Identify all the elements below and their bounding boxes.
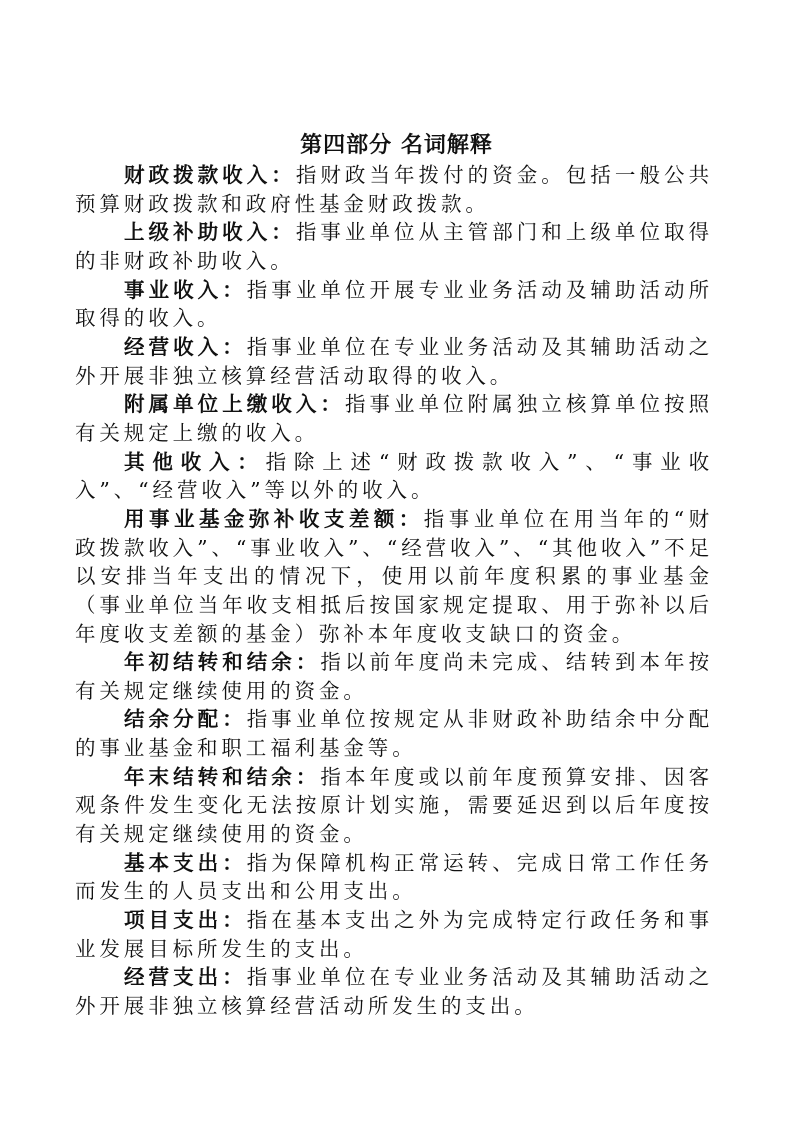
glossary-term: 结余分配：: [124, 707, 247, 731]
page-title: 第四部分 名词解释: [0, 129, 793, 163]
glossary-term: 其他收入：: [124, 450, 266, 474]
glossary-entry: 年末结转和结余：指本年度或以前年度预算安排、因客观条件发生变化无法按原计划实施，…: [75, 763, 713, 849]
glossary-term: 经营收入：: [124, 335, 247, 359]
glossary-body: 财政拨款收入：指财政当年拨付的资金。包括一般公共预算财政拨款和政府性基金财政拨款…: [75, 161, 713, 1021]
glossary-term: 基本支出：: [124, 851, 247, 875]
glossary-entry: 其他收入：指除上述“财政拨款收入”、“事业收入”、“经营收入”等以外的收入。: [75, 448, 713, 505]
glossary-entry: 财政拨款收入：指财政当年拨付的资金。包括一般公共预算财政拨款和政府性基金财政拨款…: [75, 161, 713, 218]
glossary-term: 事业收入：: [124, 278, 247, 302]
glossary-term: 项目支出：: [124, 908, 247, 932]
glossary-entry: 年初结转和结余：指以前年度尚未完成、结转到本年按有关规定继续使用的资金。: [75, 648, 713, 705]
glossary-entry: 经营收入：指事业单位在专业业务活动及其辅助活动之外开展非独立核算经营活动取得的收…: [75, 333, 713, 390]
glossary-entry: 用事业基金弥补收支差额：指事业单位在用当年的“财政拨款收入”、“事业收入”、“经…: [75, 505, 713, 648]
glossary-entry: 基本支出：指为保障机构正常运转、完成日常工作任务而发生的人员支出和公用支出。: [75, 849, 713, 906]
glossary-term: 用事业基金弥补收支差额：: [124, 507, 424, 531]
glossary-entry: 经营支出：指事业单位在专业业务活动及其辅助活动之外开展非独立核算经营活动所发生的…: [75, 963, 713, 1020]
glossary-entry: 上级补助收入：指事业单位从主管部门和上级单位取得的非财政补助收入。: [75, 218, 713, 275]
document-page: 第四部分 名词解释 财政拨款收入：指财政当年拨付的资金。包括一般公共预算财政拨款…: [0, 0, 793, 1122]
glossary-term: 经营支出：: [124, 965, 247, 989]
glossary-entry: 项目支出：指在基本支出之外为完成特定行政任务和事业发展目标所发生的支出。: [75, 906, 713, 963]
glossary-entry: 附属单位上缴收入：指事业单位附属独立核算单位按照有关规定上缴的收入。: [75, 390, 713, 447]
glossary-term: 财政拨款收入：: [124, 163, 296, 187]
glossary-term: 年末结转和结余：: [124, 765, 320, 789]
glossary-entry: 事业收入：指事业单位开展专业业务活动及辅助活动所取得的收入。: [75, 276, 713, 333]
glossary-entry: 结余分配：指事业单位按规定从非财政补助结余中分配的事业基金和职工福利基金等。: [75, 705, 713, 762]
glossary-term: 年初结转和结余：: [124, 650, 320, 674]
glossary-term: 上级补助收入：: [124, 220, 296, 244]
glossary-term: 附属单位上缴收入：: [124, 392, 345, 416]
